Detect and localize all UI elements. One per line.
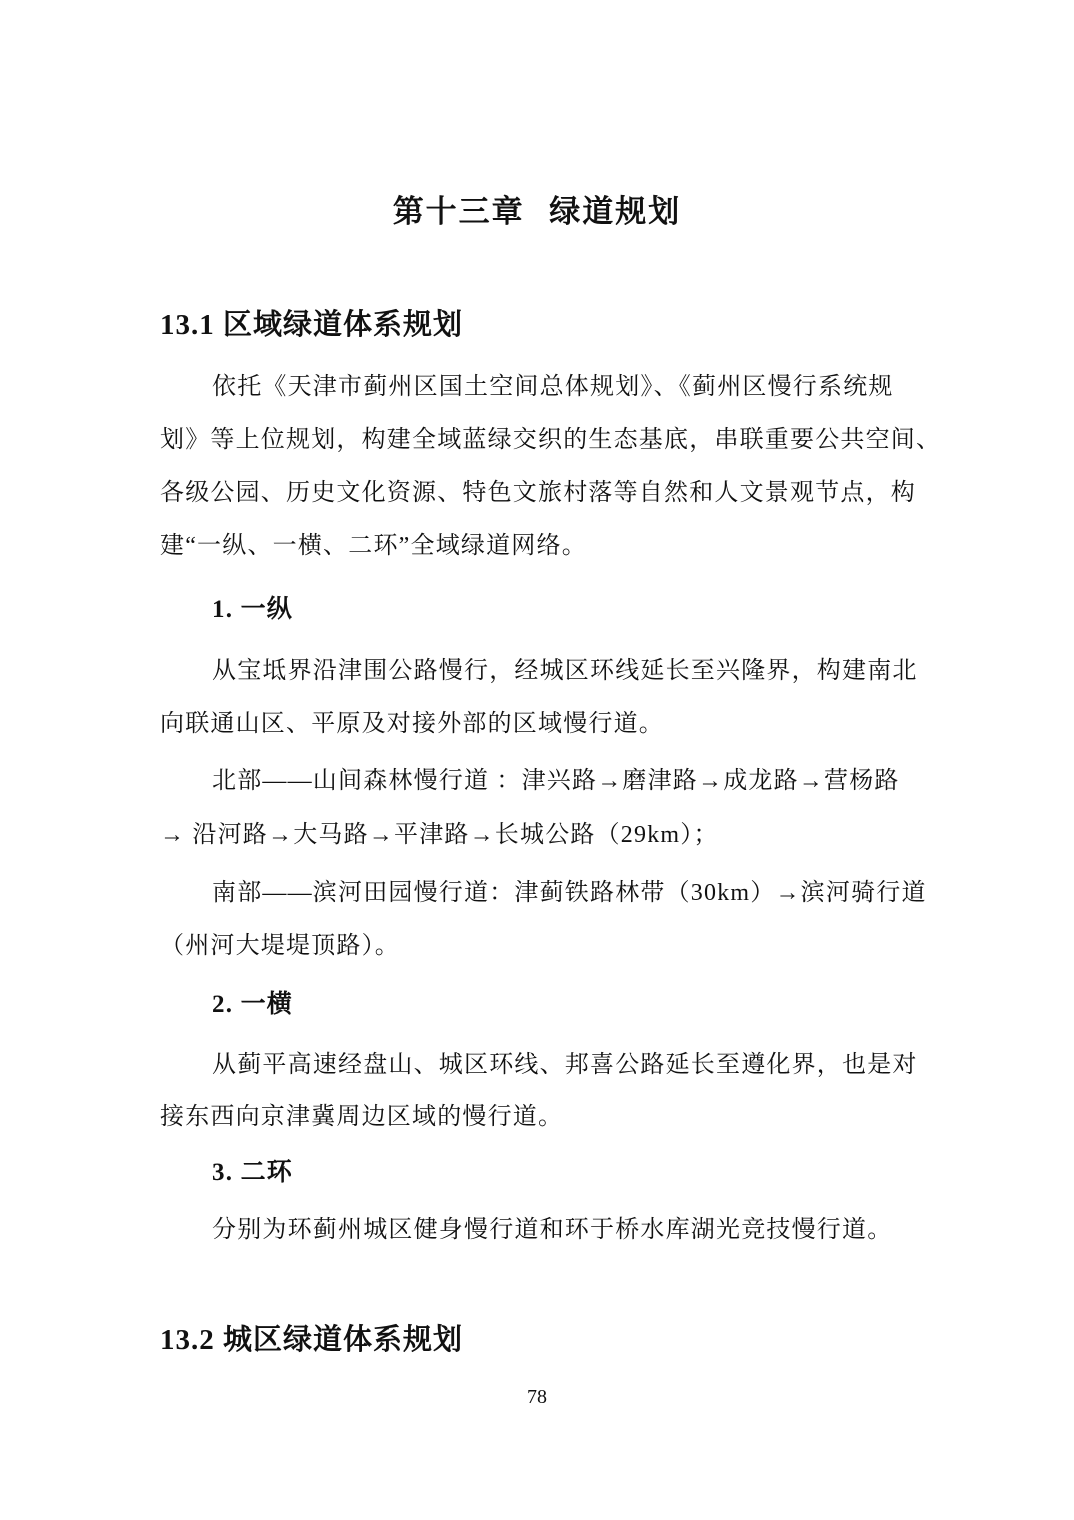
intro-line: 建“一纵、一横、二环”全域绿道网络。 (160, 526, 932, 566)
intro-line: 依托《天津市蓟州区国土空间总体规划》、《蓟州区慢行系统规 (160, 367, 984, 407)
intro-line: 划》等上位规划，构建全域蓝绿交织的生态基底，串联重要公共空间、 (160, 420, 932, 460)
sub-heading-3-two-rings: 3. 二环 (160, 1153, 984, 1193)
page-number: 78 (0, 1384, 1074, 1410)
body-line-north-route: 北部——山间森林慢行道 ：津兴路→磨津路→成龙路→营杨路 (160, 761, 984, 801)
chapter-title: 第十三章 绿道规划 (0, 190, 1074, 234)
section-heading-13-1: 13.1 区域绿道体系规划 (160, 303, 960, 347)
body-line: 分别为环蓟州城区健身慢行道和环于桥水库湖光竞技慢行道。 (160, 1210, 984, 1250)
intro-line: 各级公园、历史文化资源、特色文旅村落等自然和人文景观节点，构 (160, 473, 932, 513)
body-line-south-route: 南部——滨河田园慢行道：津蓟铁路林带（30km）→滨河骑行道 (160, 873, 984, 913)
sub-heading-2-horizontal: 2. 一横 (160, 985, 984, 1025)
body-line: 从宝坻界沿津围公路慢行，经城区环线延长至兴隆界，构建南北 (160, 651, 984, 691)
body-line: 接东西向京津冀周边区域的慢行道。 (160, 1097, 932, 1137)
section-heading-13-2: 13.2 城区绿道体系规划 (160, 1318, 960, 1362)
sub-heading-1-vertical: 1. 一纵 (160, 590, 984, 630)
body-line-north-route: → 沿河路→大马路→平津路→长城公路（29km）； (160, 815, 932, 855)
body-line-south-route: （州河大堤堤顶路）。 (160, 926, 932, 966)
document-page: 第十三章 绿道规划 13.1 区域绿道体系规划 依托《天津市蓟州区国土空间总体规… (0, 0, 1074, 1520)
body-line: 向联通山区、平原及对接外部的区域慢行道。 (160, 704, 932, 744)
body-line: 从蓟平高速经盘山、城区环线、邦喜公路延长至遵化界，也是对 (160, 1045, 984, 1085)
